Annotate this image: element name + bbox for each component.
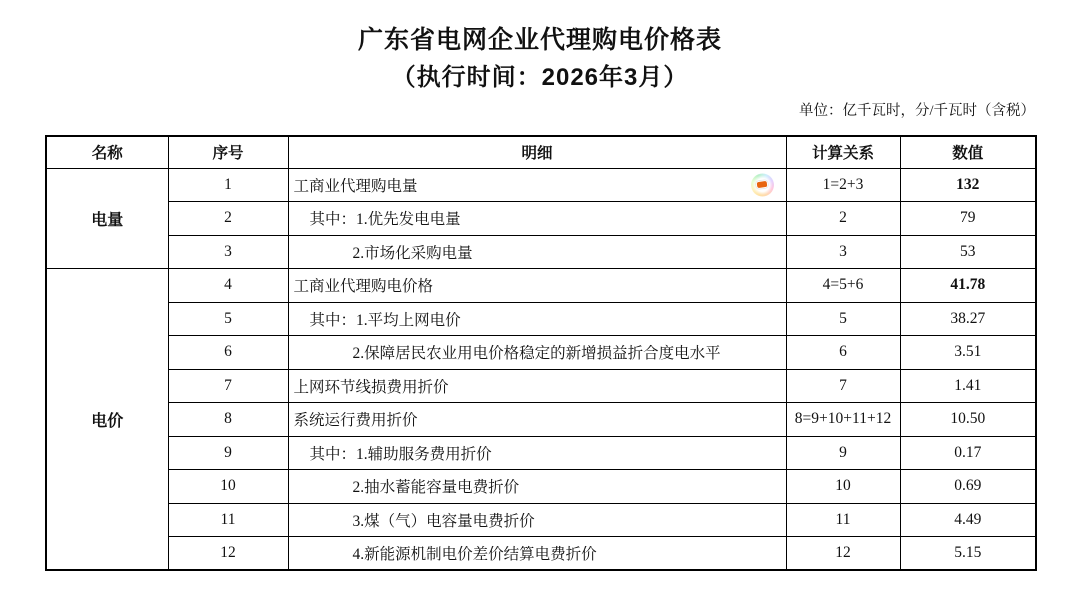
formula-cell: 2 — [786, 202, 900, 236]
table-row: 电量 1 工商业代理购电量 1=2+3 132 — [46, 168, 1036, 202]
value-cell: 38.27 — [900, 302, 1036, 336]
col-header-seq: 序号 — [168, 136, 288, 168]
sticker-core-icon — [756, 180, 769, 190]
detail-cell: 其中：1.优先发电电量 — [288, 202, 786, 236]
formula-cell: 10 — [786, 470, 900, 504]
value-cell: 3.51 — [900, 336, 1036, 370]
table-row: 3 2.市场化采购电量 3 53 — [46, 235, 1036, 269]
seq-cell: 5 — [168, 302, 288, 336]
value-cell: 132 — [900, 168, 1036, 202]
header-row: 名称 序号 明细 计算关系 数值 — [46, 136, 1036, 168]
col-header-name: 名称 — [46, 136, 168, 168]
seq-cell: 1 — [168, 168, 288, 202]
seq-cell: 10 — [168, 470, 288, 504]
detail-cell: 2.市场化采购电量 — [288, 235, 786, 269]
formula-cell: 6 — [786, 336, 900, 370]
detail-cell: 其中：1.辅助服务费用折价 — [288, 436, 786, 470]
sticker-icon — [751, 173, 774, 196]
col-header-value: 数值 — [900, 136, 1036, 168]
page-subtitle: （执行时间：2026年3月） — [0, 57, 1080, 92]
table-row: 11 3.煤（气）电容量电费折价 11 4.49 — [46, 503, 1036, 537]
formula-cell: 8=9+10+11+12 — [786, 403, 900, 437]
table-row: 7 上网环节线损费用折价 7 1.41 — [46, 369, 1036, 403]
detail-cell: 2.抽水蓄能容量电费折价 — [288, 470, 786, 504]
price-table: 名称 序号 明细 计算关系 数值 电量 1 工商业代理购电量 1=2+3 132… — [45, 135, 1037, 571]
value-cell: 41.78 — [900, 269, 1036, 303]
value-cell: 4.49 — [900, 503, 1036, 537]
detail-cell: 工商业代理购电量 — [288, 168, 786, 202]
seq-cell: 8 — [168, 403, 288, 437]
formula-cell: 12 — [786, 537, 900, 571]
formula-cell: 5 — [786, 302, 900, 336]
formula-cell: 4=5+6 — [786, 269, 900, 303]
table-row: 9 其中：1.辅助服务费用折价 9 0.17 — [46, 436, 1036, 470]
seq-cell: 7 — [168, 369, 288, 403]
table-row: 2 其中：1.优先发电电量 2 79 — [46, 202, 1036, 236]
col-header-formula: 计算关系 — [786, 136, 900, 168]
group-cell-quantity: 电量 — [46, 168, 168, 269]
formula-cell: 1=2+3 — [786, 168, 900, 202]
unit-note: 单位：亿千瓦时，分/千瓦时（含税） — [45, 99, 1035, 120]
formula-cell: 3 — [786, 235, 900, 269]
formula-cell: 9 — [786, 436, 900, 470]
group-cell-price: 电价 — [46, 269, 168, 571]
seq-cell: 4 — [168, 269, 288, 303]
table-row: 12 4.新能源机制电价差价结算电费折价 12 5.15 — [46, 537, 1036, 571]
detail-cell: 4.新能源机制电价差价结算电费折价 — [288, 537, 786, 571]
table-row: 8 系统运行费用折价 8=9+10+11+12 10.50 — [46, 403, 1036, 437]
seq-cell: 6 — [168, 336, 288, 370]
seq-cell: 9 — [168, 436, 288, 470]
detail-cell: 上网环节线损费用折价 — [288, 369, 786, 403]
page-title: 广东省电网企业代理购电价格表 — [0, 20, 1080, 56]
detail-text: 工商业代理购电量 — [294, 178, 418, 195]
detail-cell: 系统运行费用折价 — [288, 403, 786, 437]
document-page: 广东省电网企业代理购电价格表 （执行时间：2026年3月） 单位：亿千瓦时，分/… — [0, 0, 1080, 598]
formula-cell: 11 — [786, 503, 900, 537]
detail-cell: 2.保障居民农业用电价格稳定的新增损益折合度电水平 — [288, 336, 786, 370]
detail-cell: 3.煤（气）电容量电费折价 — [288, 503, 786, 537]
value-cell: 79 — [900, 202, 1036, 236]
seq-cell: 11 — [168, 503, 288, 537]
value-cell: 5.15 — [900, 537, 1036, 571]
table-row: 5 其中：1.平均上网电价 5 38.27 — [46, 302, 1036, 336]
seq-cell: 3 — [168, 235, 288, 269]
value-cell: 0.17 — [900, 436, 1036, 470]
detail-cell: 工商业代理购电价格 — [288, 269, 786, 303]
table-row: 6 2.保障居民农业用电价格稳定的新增损益折合度电水平 6 3.51 — [46, 336, 1036, 370]
seq-cell: 2 — [168, 202, 288, 236]
value-cell: 1.41 — [900, 369, 1036, 403]
seq-cell: 12 — [168, 537, 288, 571]
formula-cell: 7 — [786, 369, 900, 403]
value-cell: 0.69 — [900, 470, 1036, 504]
value-cell: 53 — [900, 235, 1036, 269]
value-cell: 10.50 — [900, 403, 1036, 437]
table-row: 电价 4 工商业代理购电价格 4=5+6 41.78 — [46, 269, 1036, 303]
table-row: 10 2.抽水蓄能容量电费折价 10 0.69 — [46, 470, 1036, 504]
detail-cell: 其中：1.平均上网电价 — [288, 302, 786, 336]
col-header-detail: 明细 — [288, 136, 786, 168]
